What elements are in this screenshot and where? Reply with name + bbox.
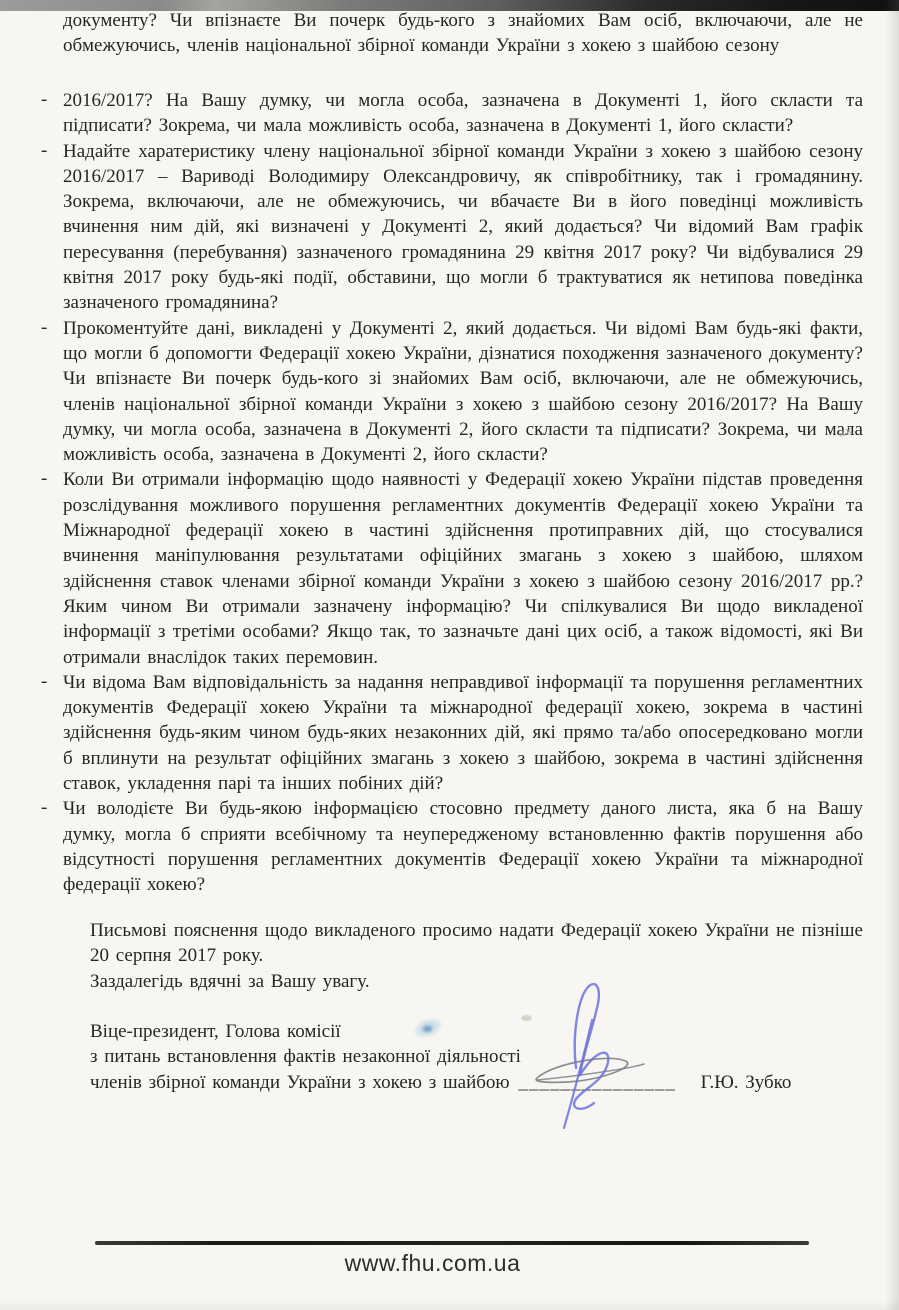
bullet-dash: -	[41, 87, 47, 112]
list-item: - Чи володієте Ви будь-якою інформацією …	[63, 796, 863, 897]
signature-ink	[480, 950, 710, 1140]
list-item-text: Прокоментуйте дані, викладені у Документ…	[63, 316, 863, 468]
list-item-text: 2016/2017? На Вашу думку, чи могла особа…	[63, 88, 863, 139]
signatory-title-line-2: з питань встановлення фактів незаконної …	[90, 1044, 863, 1069]
list-item: - Коли Ви отримали інформацію щодо наявн…	[63, 467, 863, 669]
thanks-line: Заздалегідь вдячні за Вашу увагу.	[90, 969, 863, 994]
ink-smudge-small	[521, 1015, 532, 1021]
list-item-text: Коли Ви отримали інформацію щодо наявнос…	[63, 467, 863, 669]
question-list: - 2016/2017? На Вашу думку, чи могла осо…	[63, 88, 863, 898]
footer-divider	[95, 1241, 809, 1245]
list-item-text: Чи володієте Ви будь-якою інформацією ст…	[63, 796, 863, 897]
list-item: - Надайте харатеристику члену національн…	[63, 139, 863, 316]
scan-edge-shadow-bottom	[0, 1300, 899, 1310]
closing-block: Письмові пояснення щодо викладеного прос…	[90, 918, 863, 994]
closing-paragraph: Письмові пояснення щодо викладеного прос…	[90, 918, 863, 969]
signatory-title-line-3: членів збірної команди України з хокею з…	[90, 1070, 863, 1095]
ink-smudge-dot	[423, 1026, 432, 1032]
list-item-text: Надайте харатеристику члену національної…	[63, 139, 863, 316]
paragraph-continuation: документу? Чи впізнаєте Ви почерк будь-к…	[63, 8, 863, 59]
bullet-dash: -	[41, 138, 47, 163]
paragraph-continuation-text: документу? Чи впізнаєте Ви почерк будь-к…	[63, 8, 863, 59]
list-item: - 2016/2017? На Вашу думку, чи могла осо…	[63, 88, 863, 139]
list-item: - Прокоментуйте дані, викладені у Докуме…	[63, 316, 863, 468]
scan-edge-shadow-right	[885, 0, 899, 1310]
footer-url: www.fhu.com.ua	[0, 1250, 865, 1277]
signatory-title-line-3-text: членів збірної команди України з хокею з…	[90, 1072, 510, 1093]
list-item-text: Чи відома Вам відповідальність за наданн…	[63, 670, 863, 796]
bullet-dash: -	[41, 315, 47, 340]
signature-gray-tail	[537, 1064, 644, 1080]
list-item: - Чи відома Вам відповідальність за нада…	[63, 670, 863, 796]
bullet-dash: -	[41, 669, 47, 694]
signatory-name: Г.Ю. Зубко	[701, 1072, 792, 1093]
bullet-dash: -	[41, 795, 47, 820]
scanned-page: документу? Чи впізнаєте Ви почерк будь-к…	[0, 0, 899, 1310]
signature-block: Віце-президент, Голова комісії з питань …	[90, 1019, 863, 1095]
signatory-title-line-1: Віце-президент, Голова комісії	[90, 1019, 863, 1044]
bullet-dash: -	[41, 466, 47, 491]
